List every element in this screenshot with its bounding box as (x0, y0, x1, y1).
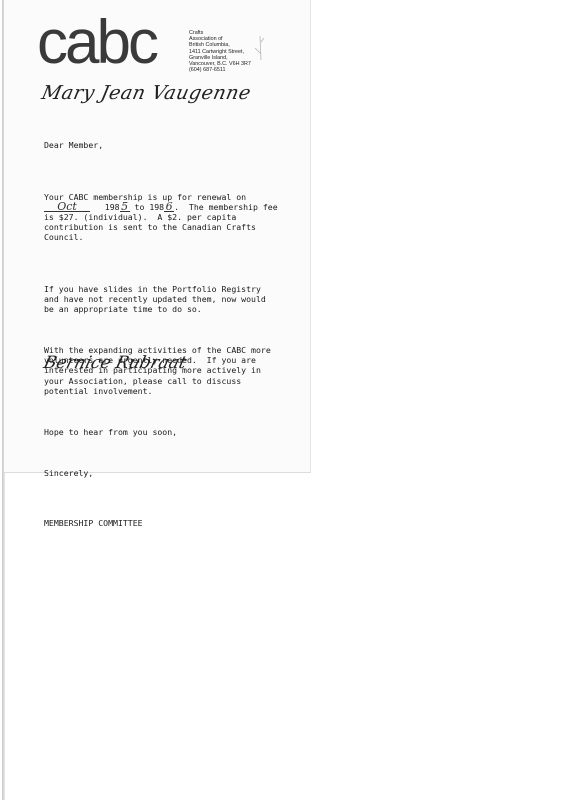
closing-hope: Hope to hear from you soon, (44, 427, 304, 437)
pencil-mark-icon (252, 34, 270, 64)
handwritten-signature: Bernice Rubraat (42, 353, 189, 373)
renewal-year-to-field: 6 (164, 202, 174, 212)
renewal-paragraph: Your CABC membership is up for renewal o… (44, 192, 304, 243)
signatory-title: MEMBERSHIP COMMITTEE (44, 518, 304, 528)
recipient-handwritten-name: Mary Jean Vaugenne (40, 82, 253, 104)
renewal-year-from-field: 5 (120, 202, 130, 212)
salutation: Dear Member, (44, 140, 304, 150)
closing-sincerely: Sincerely, (44, 468, 304, 478)
letter-body: Dear Member, Your CABC membership is up … (44, 120, 304, 539)
cabc-logo: cabc (37, 12, 156, 74)
letterhead-address: Crafts Association of British Columbia, … (189, 30, 251, 73)
slides-paragraph: If you have slides in the Portfolio Regi… (44, 284, 304, 315)
renewal-month-field: Oct (44, 202, 90, 212)
